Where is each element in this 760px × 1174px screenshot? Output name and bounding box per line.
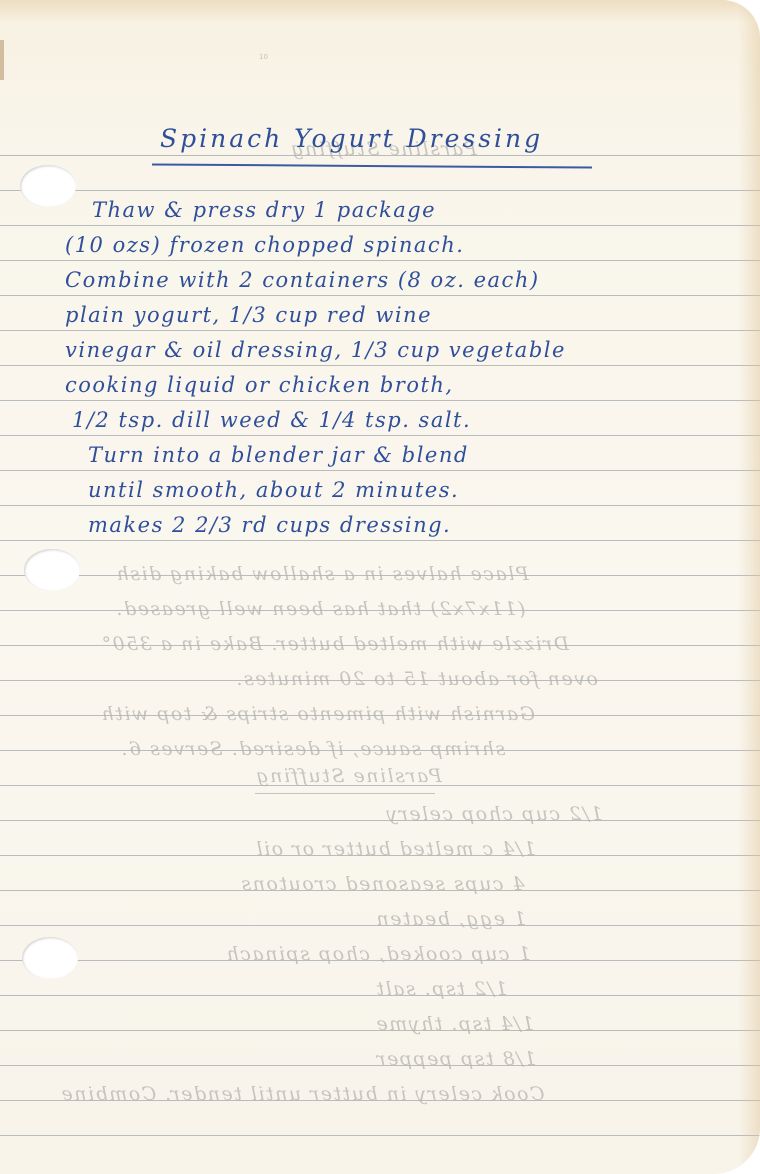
bleed-through-line: 1/2 tsp. salt [375,978,508,1000]
bleed-through-line: Garnish with pimento strips & top with [100,703,535,725]
ruled-line [0,225,760,226]
ruled-line [0,330,760,331]
recipe-line: vinegar & oil dressing, 1/3 cup vegetabl… [65,338,566,362]
recipe-line: Turn into a blender jar & blend [88,443,469,467]
ruled-line [0,820,760,821]
bleed-through-line: 4 cups seasoned croutons [240,873,525,895]
ruled-line [0,505,760,506]
recipe-page: 10 Parsline Stuffing Place halves in a s… [0,0,760,1174]
bleed-through-line: 1/8 tsp pepper [375,1048,536,1070]
recipe-line: until smooth, about 2 minutes. [88,478,459,502]
ruled-line [0,435,760,436]
ruled-line [0,540,760,541]
bleed-through-line: Cook celery in butter until tender. Comb… [60,1083,545,1105]
bleed-through-line: 1 cup cooked, chop spinach [225,943,531,965]
page-number-mark: 10 [259,53,268,61]
bleed-through-line: 1 egg, beaten [375,908,526,930]
ruled-line [0,260,760,261]
recipe-line: makes 2 2/3 rd cups dressing. [88,513,451,537]
bleed-through-line: 1/4 tsp. thyme [375,1013,534,1035]
ruled-line [0,365,760,366]
recipe-line: (10 ozs) frozen chopped spinach. [65,233,464,257]
ruled-line [0,1135,760,1136]
ruled-line [0,400,760,401]
punch-hole-top [20,165,76,207]
recipe-line: plain yogurt, 1/3 cup red wine [65,303,432,327]
ruled-line [0,295,760,296]
bleed-through-line: (11x7x2) that has been well greased. [115,598,526,620]
bleed-through-title-underline [255,793,435,794]
recipe-line: Thaw & press dry 1 package [92,198,436,222]
bleed-through-line: 1/4 c melted butter or oil [255,838,536,860]
page-edge-stain [0,40,4,80]
ruled-line [0,190,760,191]
bleed-through-line: shrimp sauce, if desired. Serves 6. [120,738,505,760]
bleed-through-line: 1/2 cup chop celery [385,803,603,825]
recipe-title: Spinach Yogurt Dressing [160,124,543,153]
ruled-line [0,470,760,471]
punch-hole-middle [24,549,80,591]
recipe-line: 1/2 tsp. dill weed & 1/4 tsp. salt. [72,408,471,432]
recipe-line: Combine with 2 containers (8 oz. each) [65,268,540,292]
bleed-through-title: Parsline Stuffing [255,765,442,787]
recipe-line: cooking liquid or chicken broth, [65,373,454,397]
punch-hole-bottom [22,937,78,979]
recipe-title-underline [152,163,592,168]
bleed-through-line: oven for about 15 to 20 minutes. [235,668,598,690]
bleed-through-line: Drizzle with melted butter. Bake in a 35… [100,633,569,655]
bleed-through-line: Place halves in a shallow baking dish [115,563,529,585]
